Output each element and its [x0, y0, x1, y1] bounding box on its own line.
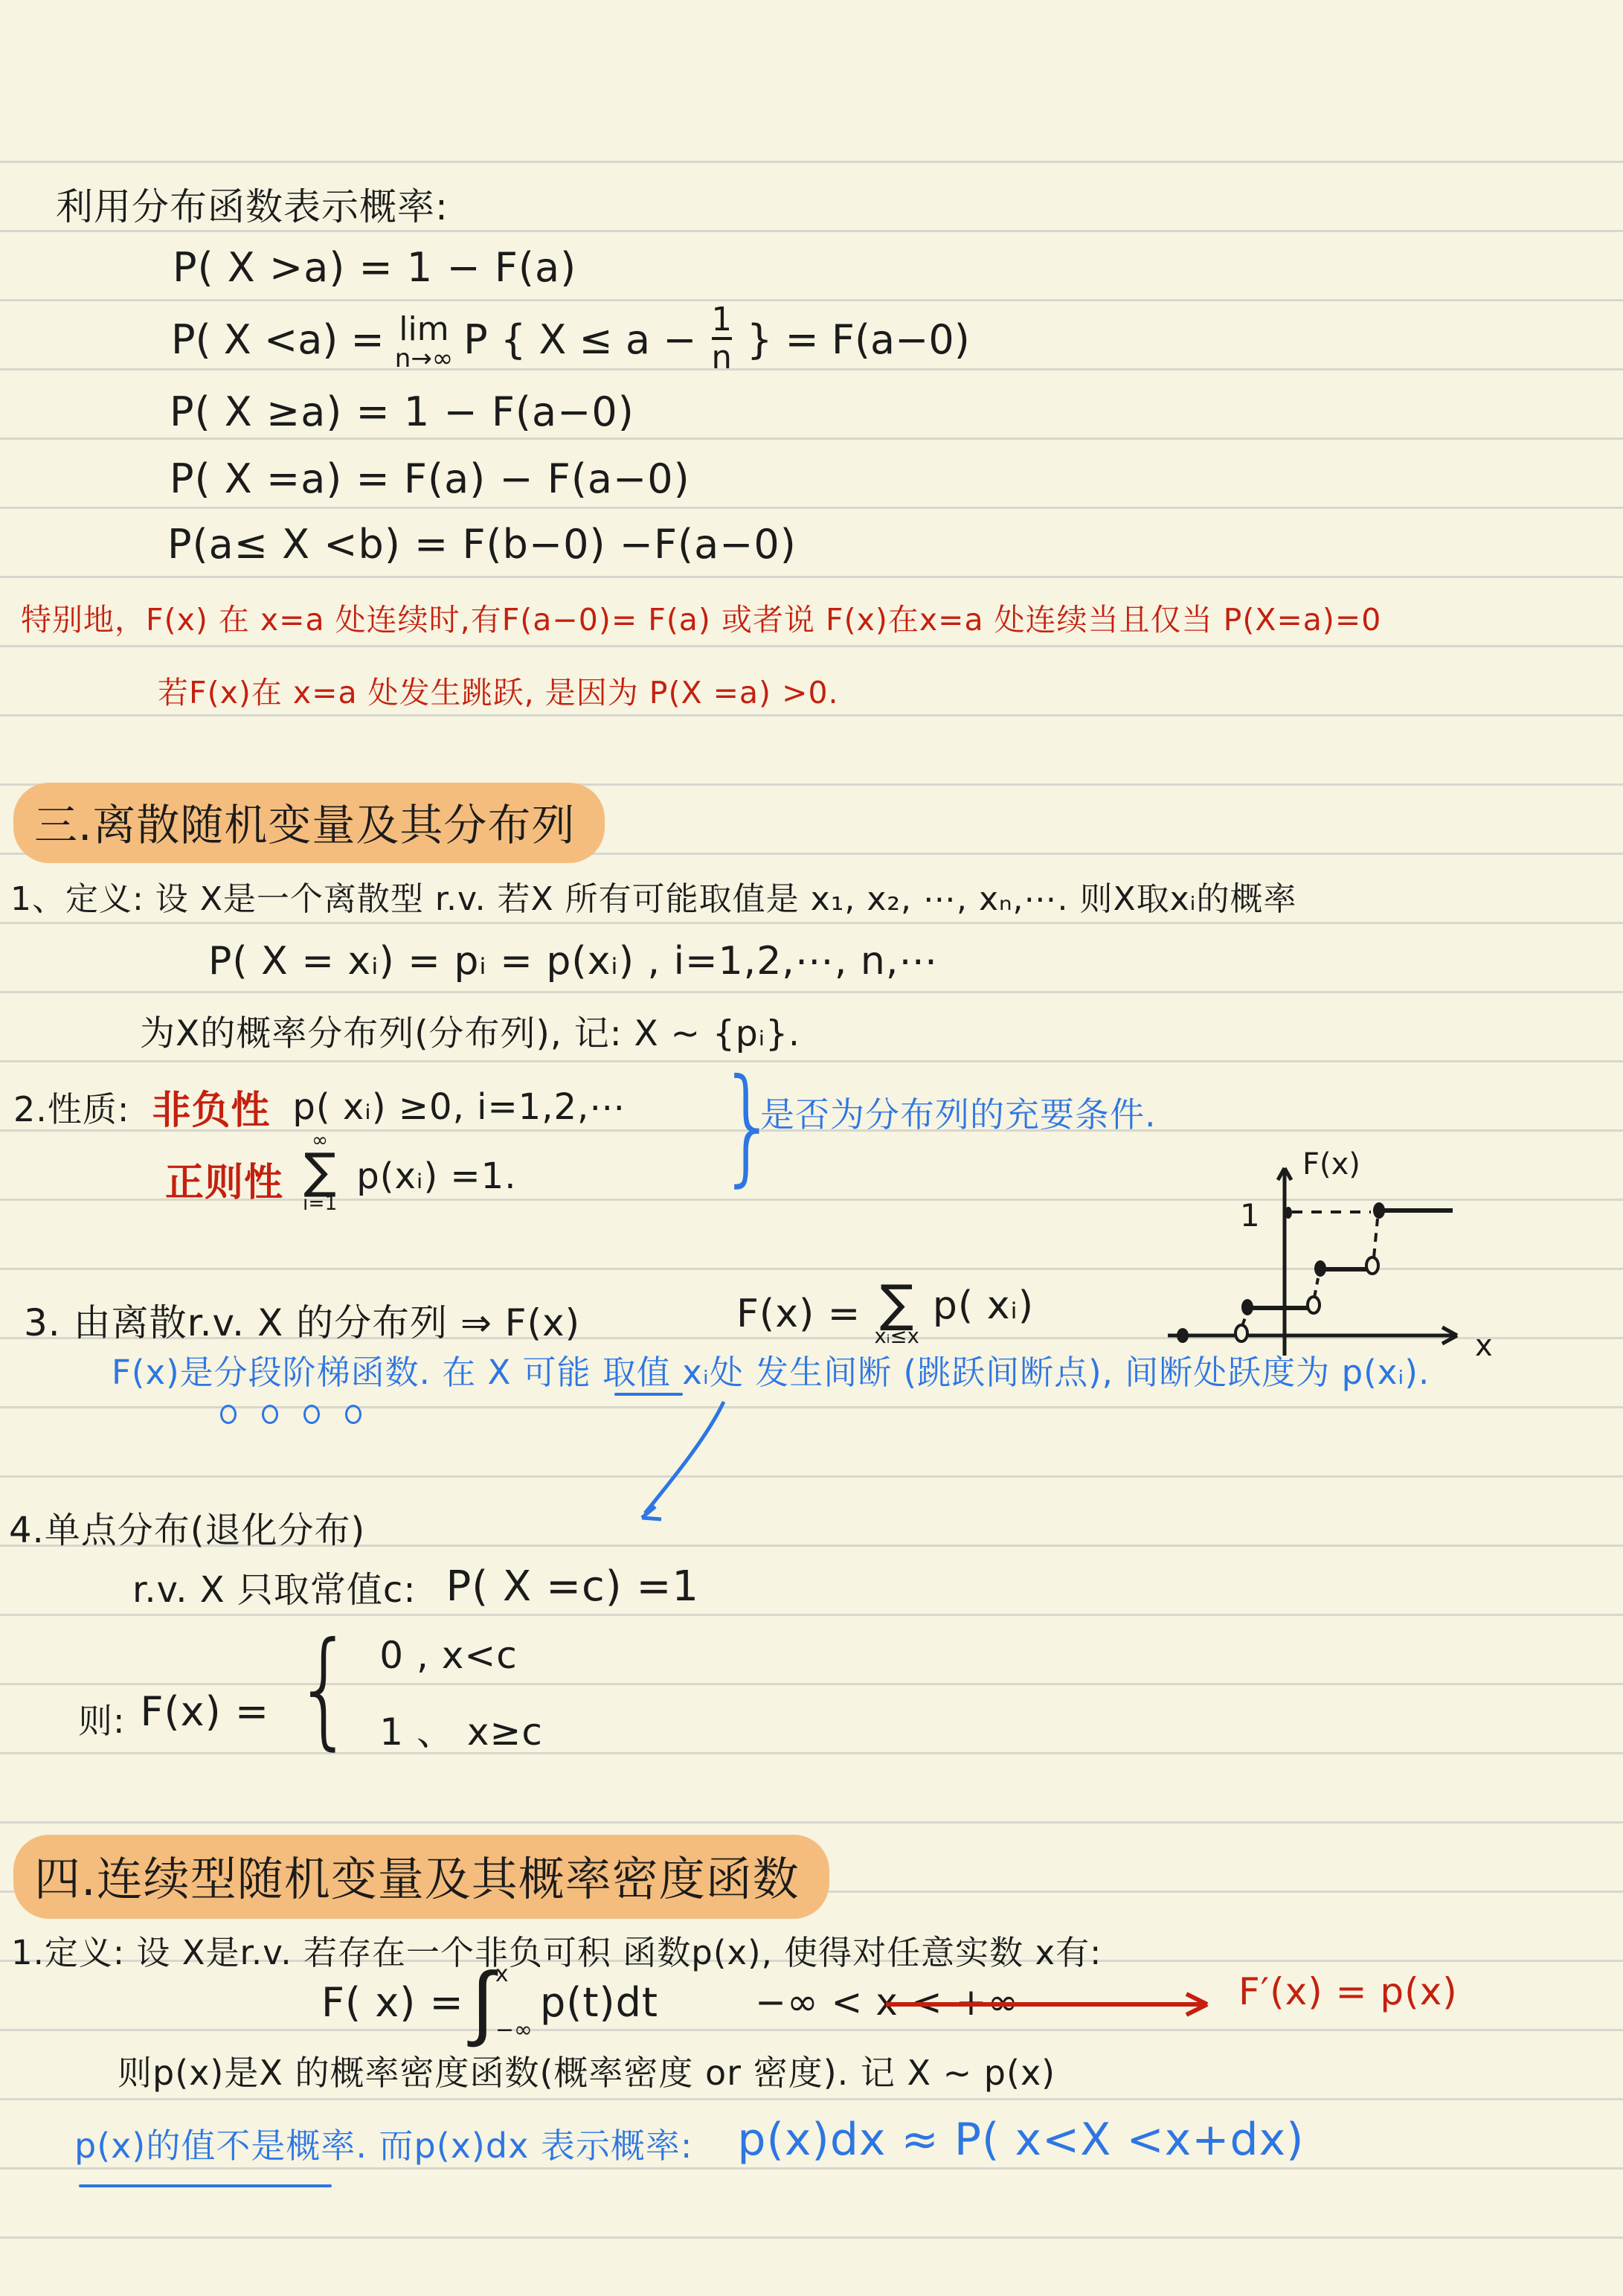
- formula-p-lt-post: } = F(a−0): [747, 316, 970, 363]
- heading-highlight: 三.离散随机变量及其分布列: [13, 783, 605, 863]
- piecewise-then: 则:: [78, 1694, 126, 1743]
- density-note: p(x)的值不是概率. 而p(x)dx 表示概率: p(x)dx ≈ P( x<…: [74, 2119, 1305, 2168]
- item3-line: 3. 由离散r.v. X 的分布列 ⇒ F(x): [24, 1293, 580, 1347]
- cdf-lhs: F( x) =: [321, 1979, 464, 2026]
- property-label: 2.性质:: [13, 1083, 129, 1132]
- discrete-def-line1: 1、定义: 设 X是一个离散型 r.v. 若X 所有可能取值是 x₁, x₂, …: [10, 872, 1297, 920]
- red-arrow: [881, 1988, 1224, 2018]
- property-normal-formula: p(xᵢ) =1.: [356, 1155, 516, 1197]
- formula-p-lt-pre: P( X <a) =: [171, 316, 385, 363]
- formula-p-ge: P( X ≥a) = 1 − F(a−0): [170, 388, 634, 435]
- prob-section-title: 利用分布函数表示概率:: [56, 177, 449, 231]
- item3-note-circles: [220, 1405, 387, 1427]
- derivative-note: F′(x) = p(x): [1238, 1970, 1458, 2013]
- density-note-text: p(x)的值不是概率. 而p(x)dx 表示概率:: [74, 2119, 692, 2168]
- density-definition-line: 则p(x)是X 的概率密度函数(概率密度 or 密度). 记 X ~ p(x): [118, 2046, 1055, 2095]
- heading-highlight: 四.连续型随机变量及其概率密度函数: [13, 1835, 829, 1919]
- formula-p-eq: P( X =a) = F(a) − F(a−0): [170, 455, 690, 502]
- formula-p-lt-limit: P( X <a) = lim n→∞ P { X ≤ a − 1 n } = F…: [171, 304, 970, 376]
- red-note-jump: 若F(x)在 x=a 处发生跳跃, 是因为 P(X =a) >0.: [158, 668, 839, 712]
- item4-formula: P( X =c) =1: [446, 1562, 700, 1611]
- limit-operator: lim n→∞: [395, 313, 453, 371]
- discrete-def-formula: P( X = xᵢ) = pᵢ = p(xᵢ) , i=1,2,⋯, n,⋯: [208, 939, 938, 984]
- item4-line: r.v. X 只取常值c: P( X =c) =1: [132, 1561, 699, 1612]
- property-nonneg-formula: p( xᵢ) ≥0, i=1,2,⋯: [292, 1086, 626, 1128]
- piecewise-lhs: F(x) =: [141, 1688, 270, 1735]
- circle-mark: [345, 1405, 361, 1424]
- density-note-formula: p(x)dx ≈ P( x<X <x+dx): [737, 2114, 1304, 2166]
- formula-p-interval: P(a≤ X <b) = F(b−0) −F(a−0): [167, 521, 797, 568]
- density-note-underline: [79, 2184, 332, 2187]
- note-underline-quzhi: [614, 1393, 683, 1396]
- graph-y-label: F(x): [1302, 1147, 1360, 1181]
- fraction-one-over-n: 1 n: [711, 304, 731, 376]
- sum-operator: ∞ ∑ i=1: [303, 1131, 337, 1213]
- item3-formula-rhs: p( xᵢ): [933, 1283, 1034, 1328]
- property-normal-name: 正则性: [165, 1151, 283, 1207]
- integrand: p(t)dt: [540, 1979, 658, 2026]
- brace-note: 是否为分布列的充要条件.: [760, 1088, 1157, 1137]
- item4-text: r.v. X 只取常值c:: [132, 1561, 417, 1612]
- circle-mark: [303, 1405, 320, 1424]
- blue-annotation-arrow: [629, 1397, 740, 1539]
- formula-p-lt-mid: P { X ≤ a −: [463, 316, 696, 363]
- integral-operator: ∫ x −∞: [472, 1961, 533, 2043]
- item3-formula-lhs: F(x) =: [736, 1292, 861, 1336]
- property-nonneg-name: 非负性: [152, 1079, 270, 1135]
- graph-tick-one: 1: [1240, 1197, 1260, 1234]
- property-row-normal: 正则性 ∞ ∑ i=1 p(xᵢ) =1.: [165, 1131, 516, 1213]
- discrete-def-line2: 为X的概率分布列(分布列), 记: X ~ {pᵢ}.: [140, 1006, 800, 1056]
- discrete-section-heading: 三.离散随机变量及其分布列: [13, 783, 605, 863]
- item4-title: 4.单点分布(退化分布): [9, 1501, 365, 1553]
- formula-p-gt: P( X >a) = 1 − F(a): [173, 244, 576, 291]
- item3-note: F(x)是分段阶梯函数. 在 X 可能 取值 xᵢ处 发生间断 (跳跃间断点),…: [112, 1345, 1430, 1394]
- circle-mark: [220, 1405, 237, 1424]
- graph-x-label: x: [1475, 1329, 1493, 1363]
- continuous-section-heading: 四.连续型随机变量及其概率密度函数: [13, 1835, 829, 1919]
- item4-piecewise: 则: F(x) = { 0 , x<c 1 、 x≥c: [78, 1622, 543, 1756]
- piecewise-row1: 0 , x<c: [379, 1634, 543, 1677]
- piecewise-brace: {: [295, 1626, 355, 1752]
- red-note-continuity: 特别地，F(x) 在 x=a 处连续时,有F(a−0)= F(a) 或者说 F(…: [21, 595, 1381, 639]
- property-row-nonneg: 2.性质: 非负性 p( xᵢ) ≥0, i=1,2,⋯: [13, 1079, 626, 1135]
- sum-operator-xi: ∑ xᵢ≤x: [874, 1281, 919, 1347]
- notebook-page: 利用分布函数表示概率: P( X >a) = 1 − F(a) P( X <a)…: [0, 0, 1623, 2296]
- piecewise-row2: 1 、 x≥c: [379, 1702, 543, 1756]
- circle-mark: [262, 1405, 278, 1424]
- item3-formula: F(x) = ∑ xᵢ≤x p( xᵢ): [736, 1281, 1034, 1347]
